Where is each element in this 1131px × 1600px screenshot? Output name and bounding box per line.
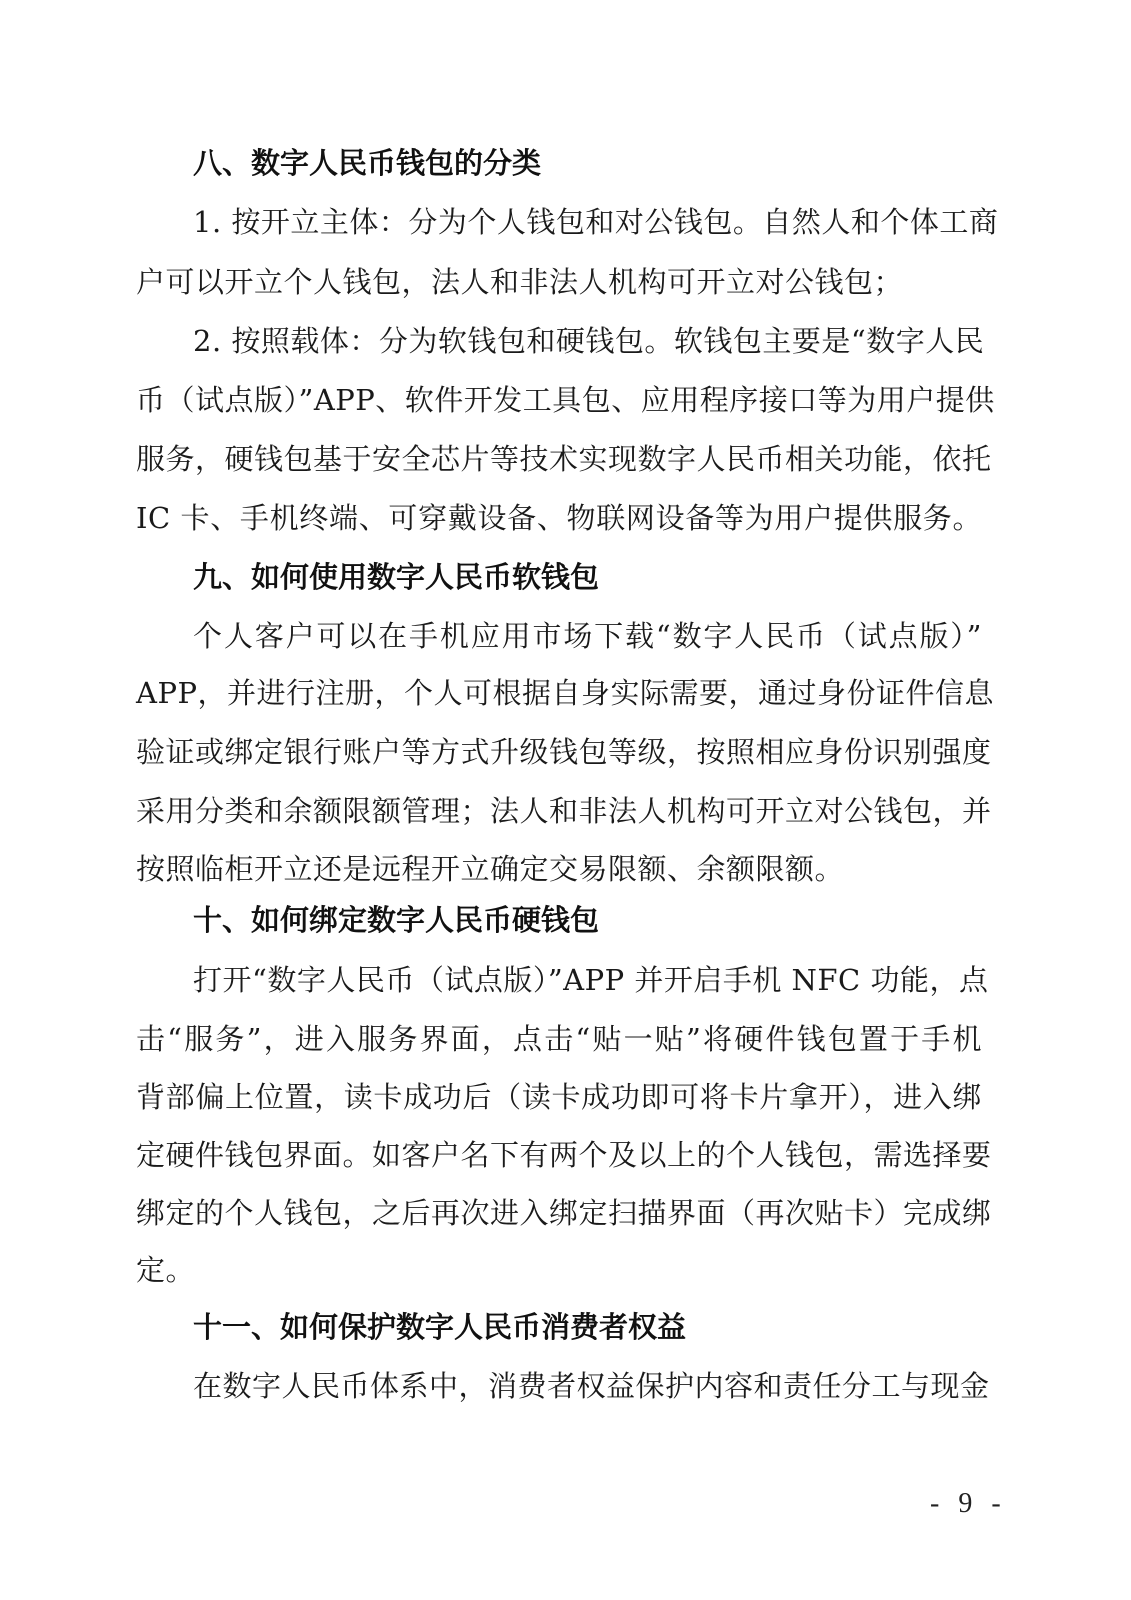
paragraph-line: 验证或绑定银行账户等方式升级钱包等级，按照相应身份识别强度 — [136, 723, 982, 781]
paragraph-line: 在数字人民币体系中，消费者权益保护内容和责任分工与现金 — [193, 1357, 982, 1415]
document-page: 八、数字人民币钱包的分类 1. 按开立主体：分为个人钱包和对公钱包。自然人和个体… — [0, 0, 1131, 1600]
section-heading-10: 十、如何绑定数字人民币硬钱包 — [193, 891, 599, 949]
page-number: - 9 - — [930, 1488, 1000, 1520]
paragraph-line: 币（试点版）”APP、软件开发工具包、应用程序接口等为用户提供 — [136, 371, 982, 429]
paragraph-line: 户可以开立个人钱包，法人和非法人机构可开立对公钱包； — [136, 253, 982, 311]
paragraph-line: 按照临柜开立还是远程开立确定交易限额、余额限额。 — [136, 840, 982, 898]
paragraph-line: 1. 按开立主体：分为个人钱包和对公钱包。自然人和个体工商 — [193, 193, 982, 251]
section-heading-9: 九、如何使用数字人民币软钱包 — [193, 548, 599, 606]
paragraph-line: IC 卡、手机终端、可穿戴设备、物联网设备等为用户提供服务。 — [136, 489, 982, 547]
paragraph-line: 服务，硬钱包基于安全芯片等技术实现数字人民币相关功能，依托 — [136, 430, 982, 488]
paragraph-line: 定。 — [136, 1241, 982, 1299]
paragraph-line: 背部偏上位置，读卡成功后（读卡成功即可将卡片拿开），进入绑 — [136, 1068, 982, 1126]
paragraph-line: 采用分类和余额限额管理；法人和非法人机构可开立对公钱包，并 — [136, 782, 982, 840]
section-heading-8: 八、数字人民币钱包的分类 — [193, 134, 541, 192]
paragraph-line: APP，并进行注册，个人可根据自身实际需要，通过身份证件信息 — [136, 664, 982, 722]
paragraph-line: 击“服务”，进入服务界面，点击“贴一贴”将硬件钱包置于手机 — [136, 1010, 982, 1068]
paragraph-line: 打开“数字人民币（试点版）”APP 并开启手机 NFC 功能，点 — [193, 951, 982, 1009]
paragraph-line: 个人客户可以在手机应用市场下载“数字人民币（试点版）” — [193, 607, 982, 665]
paragraph-line: 定硬件钱包界面。如客户名下有两个及以上的个人钱包，需选择要 — [136, 1126, 982, 1184]
paragraph-line: 2. 按照载体：分为软钱包和硬钱包。软钱包主要是“数字人民 — [193, 312, 982, 370]
paragraph-line: 绑定的个人钱包，之后再次进入绑定扫描界面（再次贴卡）完成绑 — [136, 1184, 982, 1242]
section-heading-11: 十一、如何保护数字人民币消费者权益 — [193, 1298, 686, 1356]
